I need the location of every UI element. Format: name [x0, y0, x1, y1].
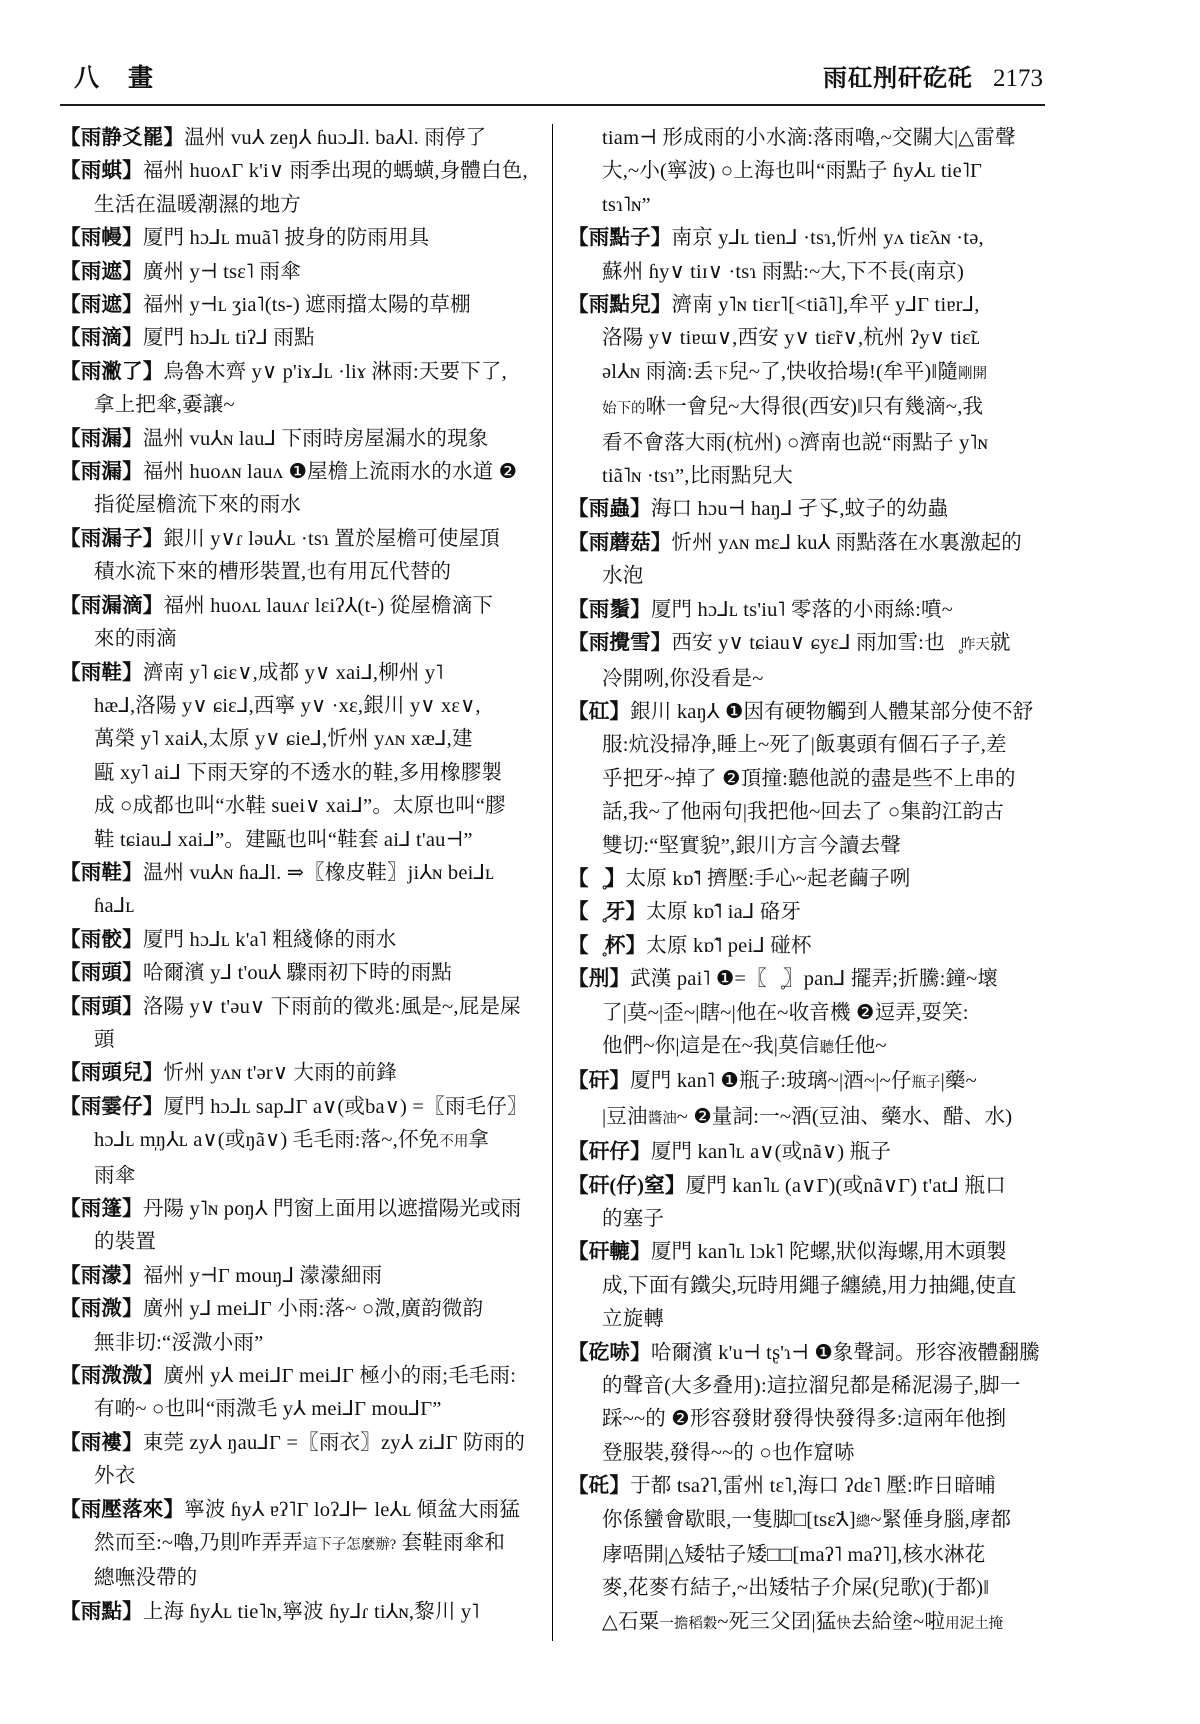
entry-headword: 【矼̥牙】 — [568, 901, 646, 923]
entry-gloss-small: 昨天 — [961, 637, 990, 653]
dict-line: 頭 — [60, 1024, 540, 1057]
entry-text: 忻州 yʌɴ mɛ⅃ ku⅄ 雨點落在水裏激起的 — [672, 532, 1023, 554]
entry-text: 寧波 ɦy⅄ ɐʔ˥Γ loʔ⅃⊢ le⅄ʟ 傾盆大雨猛 — [184, 1499, 520, 1521]
entry-text: 南京 y⅃ʟ tien⅃ ·tsɿ,忻州 yʌ tiɛ̃ʌɴ ·tə, — [672, 227, 984, 249]
dict-line: ɦa⅃ʟ — [60, 890, 540, 923]
entry-headword: 【雨遮】 — [60, 261, 143, 283]
entry-text: ~ ❷量詞:一~酒(豆油、藥水、醋、水) — [677, 1106, 1013, 1128]
dict-line: tiã˥ɴ ·tsɿ”,比雨點兒大 — [568, 460, 1045, 493]
entry-text: 福州 huoʌʟ lauʌɾ lɛiʔ⅄(t-) 從屋檐滴下 — [164, 595, 494, 617]
entry-text: 然而至:~嚕,乃則咋弄弄 — [94, 1532, 303, 1554]
dict-line: 乎把牙~掉了 ❷頂撞:聽他説的盡是些不上串的 — [568, 763, 1045, 796]
dict-line: 始下的咻一會兒~大得很(西安)‖只有幾滴~,我 — [568, 391, 1045, 426]
entry-text: 厦門 hɔ⅃ʟ k'a˥ 粗綫條的雨水 — [143, 929, 397, 951]
entry-gloss-small: 醬油 — [648, 1111, 677, 1127]
dict-line: 話,我~了他兩句|我把他~回去了 ○集韵江韵古 — [568, 796, 1045, 829]
entry-headword: 【雨幔】 — [60, 227, 143, 249]
entry-text: 的塞子 — [602, 1208, 664, 1230]
entry-text: 温州 vu⅄ɴ lau⅃ 下雨時房屋漏水的現象 — [143, 428, 489, 450]
dict-line: 【矸】厦門 kan˥ ❶瓶子:玻璃~|酒~|~仔瓶子|藥~ — [568, 1065, 1045, 1100]
dict-line: 【雨點兒】濟南 y˥ɴ tiɛr˥[<tiã˥],牟平 y⅃Γ tiɐr⅃, — [568, 289, 1045, 322]
dict-line: 的裝置 — [60, 1226, 540, 1259]
entry-text: 看不會落大雨(杭州) ○濟南也説“雨點子 y˥ɴ — [602, 432, 988, 454]
entry-text: 廣州 y⅄ mei⅃Γ mei⅃Γ 極小的雨;毛毛雨: — [164, 1365, 517, 1387]
dict-line: 【雨漏】温州 vu⅄ɴ lau⅃ 下雨時房屋漏水的現象 — [60, 423, 540, 456]
entry-text: 甌 xy˥ ai⅃ 下雨天穿的不透水的鞋,多用橡膠製 — [94, 762, 502, 784]
dict-line: 踩~~的 ❷形容發財發得快發得多:這兩年他捯 — [568, 1403, 1045, 1436]
entry-headword: 【雨漏】 — [60, 428, 143, 450]
entry-text: 成,下面有鐵尖,玩時用繩子纏繞,用力抽繩,使直 — [602, 1275, 1017, 1297]
entry-text: 就 — [990, 632, 1011, 654]
entry-headword: 【雨遮】 — [60, 294, 143, 316]
entry-text: 去給塗~啦 — [851, 1611, 945, 1633]
dict-line: tiam⊣ 形成雨的小水滴:落雨嚕,~交關大|△雷聲 — [568, 122, 1045, 155]
dict-line: △石粟一擔稻穀~死三父囝|猛快去給塗~啦用泥土掩 — [568, 1606, 1045, 1641]
entry-text: hɔ⅃ʟ m̩ŋ⅄ʟ a∨(或ŋã∨) 毛毛雨:落~,伓免 — [94, 1129, 439, 1151]
entry-headword: 【雨點兒】 — [568, 294, 672, 316]
entry-text: 冷開咧,你没看是~ — [602, 668, 764, 690]
entry-headword: 【雨静爻罷】 — [60, 127, 184, 149]
entry-text: 海口 hɔu⊣ haŋ⅃ 孑孓,蚊子的幼蟲 — [651, 498, 948, 520]
dict-line: 【矸仔】厦門 kan˥ʟ a∨(或nã∨) 瓶子 — [568, 1136, 1045, 1169]
dict-line: 麥,花麥冇結子,~出矮牯子介屎(兒歌)(于都)‖ — [568, 1572, 1045, 1605]
dict-line: 【雨蜞】福州 huoʌΓ k'i∨ 雨季出現的螞蟥,身體白色, — [60, 155, 540, 188]
entry-headword: 【雨溦溦】 — [60, 1365, 164, 1387]
entry-gloss-small: 聽 — [820, 1040, 835, 1056]
entry-text: 他們~你|這是在~我|莫信 — [602, 1035, 820, 1057]
dict-line: 【矼̥牙】太原 kɒ̃˥ ia⅃ 硌牙 — [568, 896, 1045, 929]
entry-gloss-small: 一擔稻穀 — [659, 1616, 717, 1632]
entry-text: 鞋 tɕiau⅃ xai⅃”。建甌也叫“鞋套 ai⅃ t'au⊣” — [94, 829, 473, 851]
entry-text: 烏魯木齊 y∨ p'iɤ⅃ʟ ·liɤ 淋雨:天要下了, — [164, 361, 507, 383]
dict-line: 看不會落大雨(杭州) ○濟南也説“雨點子 y˥ɴ — [568, 427, 1045, 460]
left-column: 【雨静爻罷】温州 vu⅄ zeŋ⅄ ɦuɔ⅃l. ba⅄l. 雨停了【雨蜞】福州… — [60, 122, 540, 1641]
entry-text: 福州 huoʌɴ lauʌ ❶屋檐上流雨水的水道 ❷ — [143, 461, 517, 483]
entry-text: 的裝置 — [94, 1231, 156, 1253]
dict-line: 鞋 tɕiau⅃ xai⅃”。建甌也叫“鞋套 ai⅃ t'au⊣” — [60, 824, 540, 857]
dict-line: 冷開咧,你没看是~ — [568, 663, 1045, 696]
entry-gloss-small: 剛開 — [958, 366, 987, 382]
dict-line: 【雨漏滴】福州 huoʌʟ lauʌɾ lɛiʔ⅄(t-) 從屋檐滴下 — [60, 590, 540, 623]
dict-line: 立旋轉 — [568, 1303, 1045, 1336]
entry-headword: 【矸仔】 — [568, 1141, 651, 1163]
entry-text: 東莞 zy⅄ ŋau⅃Γ =〖雨衣〗zy⅄ zi⅃Γ 防雨的 — [143, 1432, 525, 1454]
entry-headword: 【雨褸】 — [60, 1432, 143, 1454]
dict-line: 你係蠻會歇眼,一隻脚□[tsɛ̃⅄]總~緊倕身腦,庨都 — [568, 1504, 1045, 1539]
dict-line: 【雨點子】南京 y⅃ʟ tien⅃ ·tsɿ,忻州 yʌ tiɛ̃ʌɴ ·tə, — [568, 222, 1045, 255]
entry-headword: 【矺】 — [568, 1475, 630, 1497]
entry-text: 于都 tsaʔ˥,雷州 tɛ˥,海口 ʔdɛ˥ 壓:昨日暗晡 — [630, 1475, 996, 1497]
entry-text: 洛陽 y∨ t'əu∨ 下雨前的徵兆:風是~,屁是屎 — [143, 996, 521, 1018]
entry-headword: 【雨點子】 — [568, 227, 672, 249]
entry-gloss-small: 不用 — [439, 1134, 468, 1150]
dict-line: 然而至:~嚕,乃則咋弄弄這下子怎麼辦? 套鞋雨傘和 — [60, 1527, 540, 1562]
entry-text: 厦門 kan˥ʟ a∨(或nã∨) 瓶子 — [651, 1141, 891, 1163]
entry-headword: 【矼̥杯】 — [568, 935, 646, 957]
dict-line: 【矼̥杯】太原 kɒ̃˥ pei⅃ 碰杯 — [568, 930, 1045, 963]
entry-text: 立旋轉 — [602, 1308, 664, 1330]
entry-headword: 【雨濛】 — [60, 1265, 143, 1287]
entry-text: 積水流下來的槽形裝置,也有用瓦代替的 — [94, 561, 451, 583]
entry-headword: 【雨點】 — [60, 1601, 143, 1623]
entry-text: |藥~ — [941, 1070, 977, 1092]
dict-line: 【矺】于都 tsaʔ˥,雷州 tɛ˥,海口 ʔdɛ˥ 壓:昨日暗晡 — [568, 1470, 1045, 1503]
dict-line: |豆油醬油~ ❷量詞:一~酒(豆油、藥水、醋、水) — [568, 1101, 1045, 1136]
entry-text: tsɿ˥ɴ” — [602, 194, 651, 216]
entry-text: ~緊倕身腦,庨都 — [870, 1509, 1011, 1531]
dict-line: tsɿ˥ɴ” — [568, 189, 1045, 222]
entry-text: 麥,花麥冇結子,~出矮牯子介屎(兒歌)(于都)‖ — [602, 1577, 989, 1599]
dict-line: 【矻哧】哈爾濱 k'u⊣ tʂ'ɿ⊣ ❶象聲詞。形容液體翻騰 — [568, 1337, 1045, 1370]
entry-text: 頭 — [94, 1029, 115, 1051]
entry-text: ~死三父囝|猛 — [717, 1611, 836, 1633]
dict-line: 蘇州 ɦy∨ tiɪ∨ ·tsɿ 雨點:~大,下不長(南京) — [568, 256, 1045, 289]
entry-text: 拿 — [468, 1129, 489, 1151]
entry-text: 銀川 y∨ɾ ləu⅄ʟ ·tsɿ 置於屋檐可使屋頂 — [164, 528, 500, 550]
dict-line: 【矸轆】厦門 kan˥ʟ lɔk˥ 陀螺,狀似海螺,用木頭製 — [568, 1236, 1045, 1269]
entry-text: 福州 y⊣ʟ ʒia˥(ts-) 遮雨擋太陽的草棚 — [143, 294, 471, 316]
dict-line: 【雨蘑菇】忻州 yʌɴ mɛ⅃ ku⅄ 雨點落在水裏激起的 — [568, 527, 1045, 560]
dict-line: 【雨鞋】濟南 y˥ ɕiɛ∨,成都 y∨ xai⅃,柳州 y˥ — [60, 657, 540, 690]
entry-headword: 【雨鞋】 — [60, 662, 143, 684]
dict-line: 積水流下來的槽形裝置,也有用瓦代替的 — [60, 556, 540, 589]
entry-headword: 【雨頭】 — [60, 996, 143, 1018]
entry-text: ɦa⅃ʟ — [94, 895, 134, 917]
entry-text: 蘇州 ɦy∨ tiɪ∨ ·tsɿ 雨點:~大,下不長(南京) — [602, 261, 964, 283]
entry-text: 指從屋檐流下來的雨水 — [94, 494, 301, 516]
entry-headword: 【矸(仔)窒】 — [568, 1175, 686, 1197]
dict-line: 來的雨滴 — [60, 623, 540, 656]
running-head-characters: 雨矼刐矸矻矺 — [823, 58, 973, 93]
entry-text: 太原 kɒ̃˥ 擠壓:手心~起老繭子咧 — [626, 868, 911, 890]
entry-text: 洛陽 y∨ tiɐɯ∨,西安 y∨ tiɛ̃r∨,杭州 ʔy∨ tiɛ̃ʟ — [602, 327, 980, 349]
dict-line: 【雨遮】廣州 y⊣ tsɛ˥ 雨傘 — [60, 256, 540, 289]
entry-text: 套鞋雨傘和 — [396, 1532, 505, 1554]
entry-text: 服:炕没掃净,睡上~死了|飯裏頭有個石子子,差 — [602, 734, 1007, 756]
entry-text: 的聲音(大多叠用):這拉溜兒都是稀泥湯子,脚一 — [602, 1375, 1021, 1397]
entry-headword: 【矸】 — [568, 1070, 630, 1092]
right-column: tiam⊣ 形成雨的小水滴:落雨嚕,~交關大|△雷聲大,~小(寧波) ○上海也叫… — [568, 122, 1045, 1641]
entry-text: 乎把牙~掉了 ❷頂撞:聽他説的盡是些不上串的 — [602, 768, 1016, 790]
dict-line: 水泡 — [568, 560, 1045, 593]
entry-text: 水泡 — [602, 565, 643, 587]
dict-line: 【雨點】上海 ɦy⅄ʟ tie˥ɴ,寧波 ɦy⅃ɾ ti⅄ɴ,黎川 y˥ — [60, 1596, 540, 1629]
entry-text: 厦門 hɔ⅃ʟ tiʔ⅃ 雨點 — [143, 327, 315, 349]
dict-line: 【雨漏】福州 huoʌɴ lauʌ ❶屋檐上流雨水的水道 ❷ — [60, 456, 540, 489]
entry-headword: 【雨鞋】 — [60, 862, 143, 884]
entry-text: 太原 kɒ̃˥ pei⅃ 碰杯 — [646, 935, 811, 957]
entry-text: 濟南 y˥ ɕiɛ∨,成都 y∨ xai⅃,柳州 y˥ — [143, 662, 444, 684]
dict-line: 【雨頭兒】忻州 yʌɴ t'ər∨ 大雨的前鋒 — [60, 1057, 540, 1090]
entry-text: 踩~~的 ❷形容發財發得快發得多:這兩年他捯 — [602, 1408, 1006, 1430]
dict-line: 【雨静爻罷】温州 vu⅄ zeŋ⅄ ɦuɔ⅃l. ba⅄l. 雨停了 — [60, 122, 540, 155]
dict-line: 他們~你|這是在~我|莫信聽任他~ — [568, 1030, 1045, 1065]
entry-text: 厦門 hɔ⅃ʟ sap⅃Γ a∨(或ba∨) =〖雨毛仔〗 — [164, 1096, 528, 1118]
entry-gloss-small: 始下的 — [602, 401, 646, 417]
entry-gloss-small: 總 — [856, 1514, 871, 1530]
entry-text: 濟南 y˥ɴ tiɛr˥[<tiã˥],牟平 y⅃Γ tiɐr⅃, — [672, 294, 980, 316]
dict-line: 拿上把傘,嫑讓~ — [60, 389, 540, 422]
entry-headword: 【雨漏子】 — [60, 528, 164, 550]
entry-text: 雙切:“堅實貌”,銀川方言今讀去聲 — [602, 835, 901, 857]
entry-text: 厦門 kan˥ʟ lɔk˥ 陀螺,狀似海螺,用木頭製 — [651, 1241, 1007, 1263]
dict-line: 【雨鞋】温州 vu⅄ɴ ɦa⅃l. ⇒〖橡皮鞋〗ji⅄ɴ bei⅃ʟ — [60, 857, 540, 890]
entry-text: 你係蠻會歇眼,一隻脚□[tsɛ̃⅄] — [602, 1509, 856, 1531]
entry-text: əl⅄ɴ 雨滴:丢 — [602, 361, 714, 383]
dict-line: 萬榮 y˥ xai⅄,太原 y∨ ɕie⅃,忻州 yʌɴ xæ⅃,建 — [60, 723, 540, 756]
dict-line: 大,~小(寧波) ○上海也叫“雨點子 ɦy⅄ʟ tie˥Γ — [568, 155, 1045, 188]
dict-line: 的聲音(大多叠用):這拉溜兒都是稀泥湯子,脚一 — [568, 1370, 1045, 1403]
entry-headword: 【雨漏滴】 — [60, 595, 164, 617]
dict-line: hɔ⅃ʟ m̩ŋ⅄ʟ a∨(或ŋã∨) 毛毛雨:落~,伓免不用拿 — [60, 1124, 540, 1159]
entry-headword: 【雨蜞】 — [60, 160, 143, 182]
entry-headword: 【刐】 — [568, 968, 630, 990]
dict-line: 庨唔開|△矮牯子矮□□[maʔ˥ maʔ˥],核水淋花 — [568, 1539, 1045, 1572]
dict-line: 【雨壓落來】寧波 ɦy⅄ ɐʔ˥Γ loʔ⅃⊢ le⅄ʟ 傾盆大雨猛 — [60, 1494, 540, 1527]
entry-text: 福州 huoʌΓ k'i∨ 雨季出現的螞蟥,身體白色, — [143, 160, 528, 182]
dictionary-page: 八 畫 雨矼刐矸矻矺 2173 【雨静爻罷】温州 vu⅄ zeŋ⅄ ɦuɔ⅃l.… — [0, 0, 1045, 1641]
dict-line: 【雨蟲】海口 hɔu⊣ haŋ⅃ 孑孓,蚊子的幼蟲 — [568, 493, 1045, 526]
dict-line: 服:炕没掃净,睡上~死了|飯裏頭有個石子子,差 — [568, 729, 1045, 762]
dict-line: 的塞子 — [568, 1203, 1045, 1236]
entry-headword: 【雨蘑菇】 — [568, 532, 672, 554]
dict-line: 外衣 — [60, 1460, 540, 1493]
entry-text: 咻一會兒~大得很(西安)‖只有幾滴~,我 — [646, 396, 984, 418]
entry-text: 大,~小(寧波) ○上海也叫“雨點子 ɦy⅄ʟ tie˥Γ — [602, 160, 982, 182]
entry-headword: 【雨攪雪】 — [568, 632, 672, 654]
entry-text: 丹陽 y˥ɴ poŋ⅄ 門窗上面用以遮擋陽光或雨 — [143, 1198, 522, 1220]
running-head: 雨矼刐矸矻矺 2173 — [823, 58, 1043, 93]
dict-line: 【雨攪雪】西安 y∨ tɕiau∨ ɕyɛ⅃ 雨加雪:也個̥昨天就 — [568, 627, 1045, 662]
entry-text: 温州 vu⅄ zeŋ⅄ ɦuɔ⅃l. ba⅄l. 雨停了 — [184, 127, 486, 149]
entry-text: 厦門 kan˥ʟ (a∨Γ)(或nã∨Γ) t'at⅃ 瓶口 — [686, 1175, 1006, 1197]
dict-line: 【雨褸】東莞 zy⅄ ŋau⅃Γ =〖雨衣〗zy⅄ zi⅃Γ 防雨的 — [60, 1427, 540, 1460]
dict-line: 登服裝,發得~~的 ○也作窟哧 — [568, 1437, 1045, 1470]
entry-gloss-small: 瓶子 — [912, 1075, 941, 1091]
entry-text: 無非切:“浽溦小雨” — [94, 1332, 263, 1354]
dict-line: 【雨鬚】厦門 hɔ⅃ʟ ts'iu˥ 零落的小雨絲:噴~ — [568, 594, 1045, 627]
dict-line: 【雨潎了】烏魯木齊 y∨ p'iɤ⅃ʟ ·liɤ 淋雨:天要下了, — [60, 356, 540, 389]
entry-text: 忻州 yʌɴ t'ər∨ 大雨的前鋒 — [164, 1062, 397, 1084]
entry-text: 雨傘 — [94, 1165, 135, 1187]
entry-text: 廣州 y⅃ mei⅃Γ 小雨:落~ ○溦,廣韵微韵 — [143, 1298, 483, 1320]
entry-text: 上海 ɦy⅄ʟ tie˥ɴ,寧波 ɦy⅃ɾ ti⅄ɴ,黎川 y˥ — [143, 1601, 480, 1623]
entry-headword: 【雨霎仔】 — [60, 1096, 164, 1118]
entry-text: 温州 vu⅄ɴ ɦa⅃l. ⇒〖橡皮鞋〗ji⅄ɴ bei⅃ʟ — [143, 862, 494, 884]
entry-text: 有啲~ ○也叫“雨溦毛 y⅄ mei⅃Γ mou⅃Γ” — [94, 1398, 442, 1420]
entry-text: 福州 y⊣Γ mouŋ⅃ 濛濛細雨 — [143, 1265, 383, 1287]
entry-gloss-small: 下 — [714, 366, 729, 382]
entry-headword: 【雨頭】 — [60, 962, 143, 984]
entry-text: 厦門 hɔ⅃ʟ muã˥ 披身的防雨用具 — [143, 227, 430, 249]
entry-text: 了|莫~|歪~|瞎~|他在~收音機 ❷逗弄,耍笑: — [602, 1002, 969, 1024]
dict-line: 無非切:“浽溦小雨” — [60, 1327, 540, 1360]
dict-line: 雨傘 — [60, 1160, 540, 1193]
dict-line: əl⅄ɴ 雨滴:丢下兒~了,快收拾場!(牟平)‖隨剛開 — [568, 356, 1045, 391]
dict-line: 雙切:“堅實貌”,銀川方言今讀去聲 — [568, 830, 1045, 863]
dict-line: 生活在温暖潮濕的地方 — [60, 189, 540, 222]
dict-line: 洛陽 y∨ tiɐɯ∨,西安 y∨ tiɛ̃r∨,杭州 ʔy∨ tiɛ̃ʟ — [568, 322, 1045, 355]
dict-line: 【雨頭】洛陽 y∨ t'əu∨ 下雨前的徵兆:風是~,屁是屎 — [60, 991, 540, 1024]
entry-text: 萬榮 y˥ xai⅄,太原 y∨ ɕie⅃,忻州 yʌɴ xæ⅃,建 — [94, 728, 473, 750]
dict-line: 了|莫~|歪~|瞎~|他在~收音機 ❷逗弄,耍笑: — [568, 997, 1045, 1030]
entry-headword: 【雨骹】 — [60, 929, 143, 951]
dict-line: 【雨溦】廣州 y⅃ mei⅃Γ 小雨:落~ ○溦,廣韵微韵 — [60, 1293, 540, 1326]
entry-text: 銀川 kaŋ⅄ ❶因有硬物觸到人體某部分使不舒 — [630, 701, 1033, 723]
entry-headword: 【雨頭兒】 — [60, 1062, 164, 1084]
entry-text: 總嘸没帶的 — [94, 1567, 198, 1589]
header-rule — [60, 104, 1045, 106]
entry-text: 武漢 pai˥ ❶=〖板̥〗pan⅃ 擺弄;折騰:鐘~壞 — [630, 968, 998, 990]
dict-line: 成 ○成都也叫“水鞋 suei∨ xai⅃”。太原也叫“膠 — [60, 790, 540, 823]
dict-line: 【雨骹】厦門 hɔ⅃ʟ k'a˥ 粗綫條的雨水 — [60, 924, 540, 957]
dict-line: 成,下面有鐵尖,玩時用繩子纏繞,用力抽繩,使直 — [568, 1270, 1045, 1303]
section-title: 八 畫 — [74, 58, 155, 94]
entry-headword: 【雨篷】 — [60, 1198, 143, 1220]
dict-line: 【刐】武漢 pai˥ ❶=〖板̥〗pan⅃ 擺弄;折騰:鐘~壞 — [568, 963, 1045, 996]
entry-headword: 【雨潎了】 — [60, 361, 164, 383]
entry-text: |豆油 — [602, 1106, 648, 1128]
entry-text: 話,我~了他兩句|我把他~回去了 ○集韵江韵古 — [602, 801, 1004, 823]
dict-line: 總嘸没帶的 — [60, 1562, 540, 1595]
entry-text: 哈爾濱 k'u⊣ tʂ'ɿ⊣ ❶象聲詞。形容液體翻騰 — [651, 1342, 1040, 1364]
entry-text: 哈爾濱 y⅃ t'ou⅄ 驟雨初下時的雨點 — [143, 962, 452, 984]
entry-text: 西安 y∨ tɕiau∨ ɕyɛ⅃ 雨加雪:也個̥ — [672, 632, 961, 654]
entry-headword: 【雨蟲】 — [568, 498, 651, 520]
entry-headword: 【雨鬚】 — [568, 599, 651, 621]
entry-text: 任他~ — [834, 1035, 887, 1057]
dict-line: 【雨霎仔】厦門 hɔ⅃ʟ sap⅃Γ a∨(或ba∨) =〖雨毛仔〗 — [60, 1091, 540, 1124]
page-number: 2173 — [993, 65, 1043, 93]
entry-headword: 【雨漏】 — [60, 461, 143, 483]
entry-headword: 【矻哧】 — [568, 1342, 651, 1364]
dict-line: 有啲~ ○也叫“雨溦毛 y⅄ mei⅃Γ mou⅃Γ” — [60, 1393, 540, 1426]
dict-line: 【矼】銀川 kaŋ⅄ ❶因有硬物觸到人體某部分使不舒 — [568, 696, 1045, 729]
entry-text: 來的雨滴 — [94, 628, 177, 650]
two-column-body: 【雨静爻罷】温州 vu⅄ zeŋ⅄ ɦuɔ⅃l. ba⅄l. 雨停了【雨蜞】福州… — [60, 122, 1045, 1641]
dict-line: 【雨溦溦】廣州 y⅄ mei⅃Γ mei⅃Γ 極小的雨;毛毛雨: — [60, 1360, 540, 1393]
entry-text: 登服裝,發得~~的 ○也作窟哧 — [602, 1442, 855, 1464]
dict-line: 指從屋檐流下來的雨水 — [60, 489, 540, 522]
entry-text: 厦門 hɔ⅃ʟ ts'iu˥ 零落的小雨絲:噴~ — [651, 599, 953, 621]
entry-gloss-small: 用泥土掩 — [945, 1616, 1003, 1632]
entry-text: hæ⅃,洛陽 y∨ ɕiɛ⅃,西寧 y∨ ·xɛ,銀川 y∨ xɛ∨, — [94, 695, 481, 717]
dict-line: hæ⅃,洛陽 y∨ ɕiɛ⅃,西寧 y∨ ·xɛ,銀川 y∨ xɛ∨, — [60, 690, 540, 723]
dict-line: 【雨頭】哈爾濱 y⅃ t'ou⅄ 驟雨初下時的雨點 — [60, 957, 540, 990]
entry-headword: 【矼】 — [568, 701, 630, 723]
entry-text: 庨唔開|△矮牯子矮□□[maʔ˥ maʔ˥],核水淋花 — [602, 1544, 985, 1566]
entry-text: 厦門 kan˥ ❶瓶子:玻璃~|酒~|~仔 — [630, 1070, 911, 1092]
entry-headword: 【雨壓落來】 — [60, 1499, 184, 1521]
entry-text: 兒~了,快收拾場!(牟平)‖隨 — [728, 361, 958, 383]
entry-text: 生活在温暖潮濕的地方 — [94, 194, 301, 216]
dict-line: 【雨幔】厦門 hɔ⅃ʟ muã˥ 披身的防雨用具 — [60, 222, 540, 255]
entry-headword: 【矼̥】 — [568, 868, 626, 890]
entry-gloss-small: 這下子怎麼辦? — [303, 1537, 396, 1553]
entry-headword: 【雨溦】 — [60, 1298, 143, 1320]
entry-text: tiã˥ɴ ·tsɿ”,比雨點兒大 — [602, 465, 793, 487]
entry-text: 外衣 — [94, 1465, 135, 1487]
dict-line: 【矼̥】太原 kɒ̃˥ 擠壓:手心~起老繭子咧 — [568, 863, 1045, 896]
entry-headword: 【雨滴】 — [60, 327, 143, 349]
entry-text: 拿上把傘,嫑讓~ — [94, 394, 235, 416]
dict-line: 【雨漏子】銀川 y∨ɾ ləu⅄ʟ ·tsɿ 置於屋檐可使屋頂 — [60, 523, 540, 556]
entry-text: 太原 kɒ̃˥ ia⅃ 硌牙 — [646, 901, 801, 923]
dict-line: 【雨濛】福州 y⊣Γ mouŋ⅃ 濛濛細雨 — [60, 1260, 540, 1293]
entry-text: 成 ○成都也叫“水鞋 suei∨ xai⅃”。太原也叫“膠 — [94, 795, 506, 817]
entry-text: 廣州 y⊣ tsɛ˥ 雨傘 — [143, 261, 301, 283]
entry-text: tiam⊣ 形成雨的小水滴:落雨嚕,~交關大|△雷聲 — [602, 127, 1016, 149]
entry-gloss-small: 快 — [836, 1616, 851, 1632]
dict-line: 【雨篷】丹陽 y˥ɴ poŋ⅄ 門窗上面用以遮擋陽光或雨 — [60, 1193, 540, 1226]
dict-line: 甌 xy˥ ai⅃ 下雨天穿的不透水的鞋,多用橡膠製 — [60, 757, 540, 790]
page-header: 八 畫 雨矼刐矸矻矺 2173 — [60, 58, 1045, 94]
dict-line: 【雨遮】福州 y⊣ʟ ʒia˥(ts-) 遮雨擋太陽的草棚 — [60, 289, 540, 322]
dict-line: 【矸(仔)窒】厦門 kan˥ʟ (a∨Γ)(或nã∨Γ) t'at⅃ 瓶口 — [568, 1170, 1045, 1203]
entry-text: △石粟 — [602, 1611, 659, 1633]
entry-headword: 【矸轆】 — [568, 1241, 651, 1263]
column-divider — [552, 124, 553, 1641]
dict-line: 【雨滴】厦門 hɔ⅃ʟ tiʔ⅃ 雨點 — [60, 322, 540, 355]
